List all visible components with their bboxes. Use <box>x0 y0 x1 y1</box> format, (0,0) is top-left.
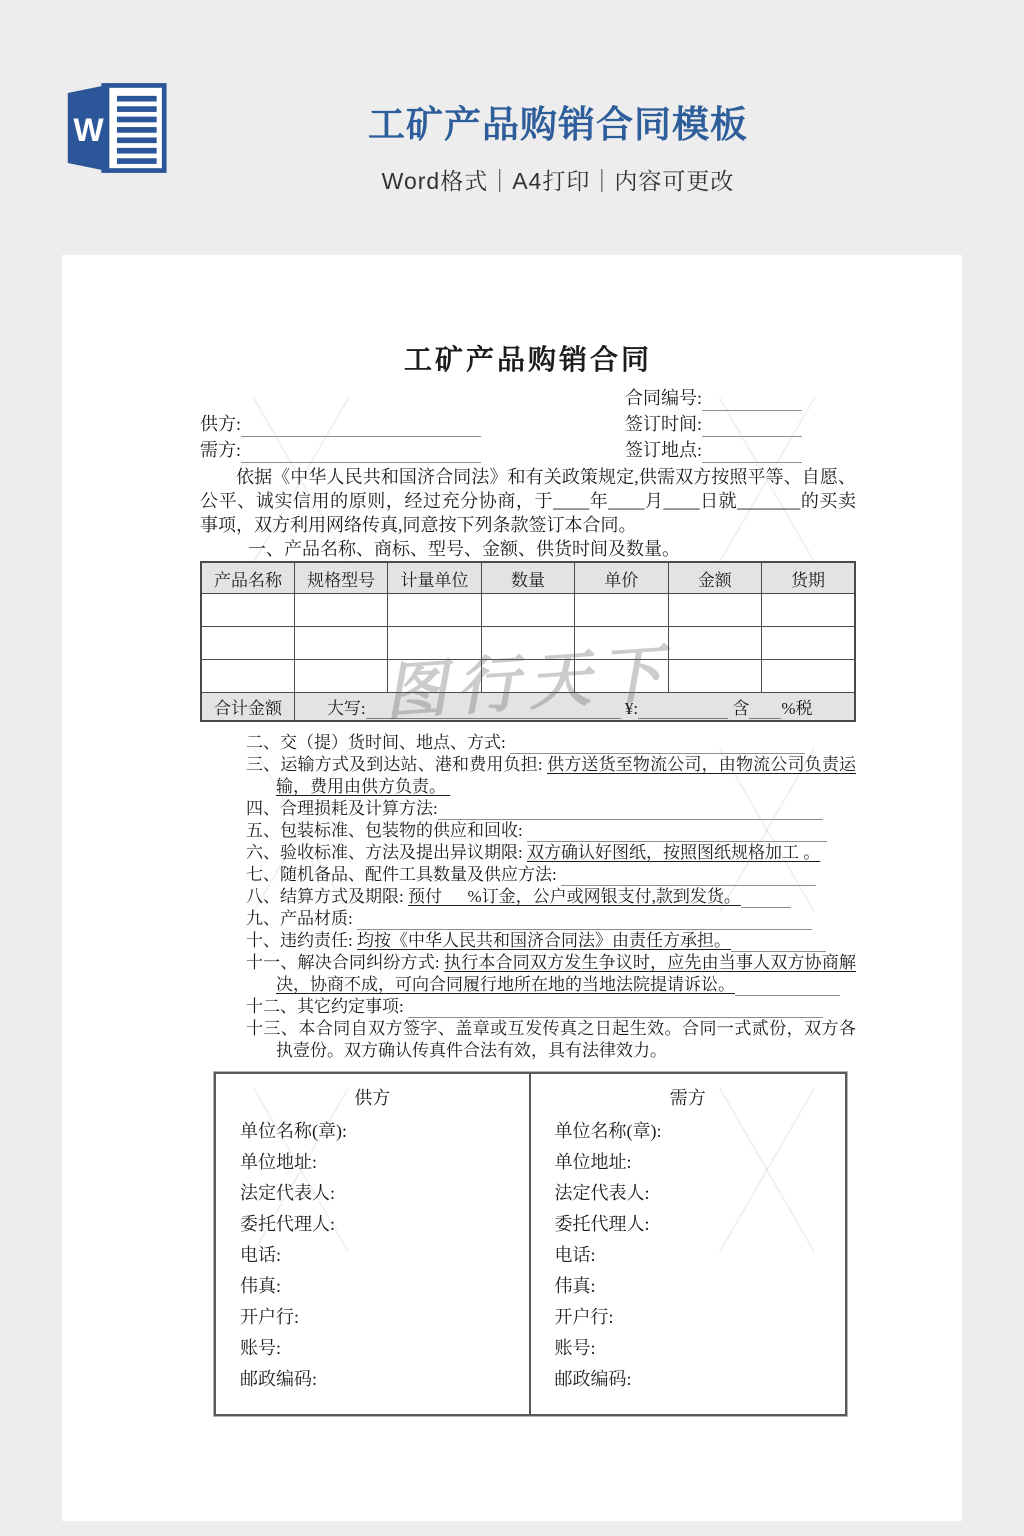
party-field-label: 单位地址: <box>240 1147 529 1178</box>
clause-item: 十一、解决合同纠纷方式: 执行本合同双方发生争议时，应先由当事人双方协商解决，协… <box>246 952 856 996</box>
empty-cell <box>762 627 855 660</box>
party-field-label: 开户行: <box>240 1302 529 1333</box>
party-field-label: 法定代表人: <box>555 1178 846 1209</box>
party-field-label: 单位名称(章): <box>240 1116 529 1147</box>
column-header: 单价 <box>575 562 668 594</box>
brand-block: 工矿产品购销合同模板 Word格式｜A4打印｜内容可更改 <box>0 94 1024 196</box>
blank-line <box>438 801 823 819</box>
clause-number: 七、 <box>246 865 280 884</box>
template-subtitle: Word格式｜A4打印｜内容可更改 <box>92 163 1024 196</box>
clause-text: 双方确认好图纸，按照图纸规格加工 。 <box>527 843 820 862</box>
clause-item: 七、随机备品、配件工具数量及供应方法: <box>246 864 856 886</box>
blank-line <box>731 933 826 951</box>
sign-time-label: 签订时间: <box>625 414 702 434</box>
blank-line <box>702 444 802 463</box>
empty-cell <box>201 660 294 693</box>
clause-number: 十一、 <box>246 953 298 972</box>
empty-cell <box>575 660 668 693</box>
clause-text: 随机备品、配件工具数量及供应方法: <box>280 865 561 884</box>
empty-cell <box>388 660 481 693</box>
clause-item: 四、合理损耗及计算方法: <box>246 798 856 820</box>
contract-meta: 合同编号: 供方: 签订时间: 需方: 签订地点: <box>200 385 856 463</box>
party-field-label: 电话: <box>555 1240 846 1271</box>
blank-line <box>638 700 728 718</box>
party-field-label: 委托代理人: <box>240 1209 529 1240</box>
clause-text: 运输方式及到达站、港和费用负担: <box>280 755 547 774</box>
column-header: 产品名称 <box>201 562 294 594</box>
contract-intro: 依据《中华人民共和国济合同法》和有关政策规定,供需双方按照平等、自愿、公平、诚实… <box>200 465 856 537</box>
blank-line <box>702 392 802 411</box>
preview-header: W 工矿产品购销合同模板 Word格式｜A4打印｜内容可更改 <box>0 0 1024 255</box>
clause-item: 十三、本合同自双方签字、盖章或互发传真之日起生效。合同一式贰份，双方各执壹份。双… <box>246 1018 856 1062</box>
column-header: 计量单位 <box>388 562 481 594</box>
empty-cell <box>481 627 574 660</box>
clause-text: 结算方式及期限: <box>280 887 408 906</box>
empty-cell <box>294 594 387 627</box>
supplier-header: 供方 <box>216 1074 529 1108</box>
clause-text: 包装标准、包装物的供应和回收: <box>280 821 527 840</box>
empty-cell <box>762 660 855 693</box>
blank-line <box>408 999 823 1017</box>
empty-product-row <box>201 627 855 660</box>
clause-item: 十、违约责任: 均按《中华人民共和国济合同法》由责任方承担。 <box>246 930 856 952</box>
clause-item: 五、包装标准、包装物的供应和回收: <box>246 820 856 842</box>
blank-line <box>749 700 781 718</box>
clause-text: 验收标准、方法及提出异议期限: <box>280 843 527 862</box>
buyer-block: 需方 单位名称(章):单位地址:法定代表人:委托代理人:电话:伟真:开户行:账号… <box>531 1074 846 1414</box>
party-field-label: 单位地址: <box>555 1147 846 1178</box>
supplier-fields: 单位名称(章):单位地址:法定代表人:委托代理人:电话:伟真:开户行:账号:邮政… <box>216 1108 529 1395</box>
empty-cell <box>294 627 387 660</box>
party-field-label: 账号: <box>240 1333 529 1364</box>
clause-number: 十三、 <box>246 1019 298 1038</box>
parties-table: 供方 单位名称(章):单位地址:法定代表人:委托代理人:电话:伟真:开户行:账号… <box>214 1072 847 1416</box>
column-header: 货期 <box>762 562 855 594</box>
empty-cell <box>201 627 294 660</box>
blank-line <box>741 889 791 907</box>
clause-number: 八、 <box>246 887 280 906</box>
clause-number: 十、 <box>246 931 280 950</box>
column-header: 数量 <box>481 562 574 594</box>
clause-item: 八、结算方式及期限: 预付 %订金，公户或网银支付,款到发货。 <box>246 886 856 908</box>
buyer-header: 需方 <box>531 1074 846 1108</box>
contract-title: 工矿产品购销合同 <box>200 343 856 379</box>
total-value-cell: 大写: ¥: 含%税 <box>294 693 855 721</box>
party-field-label: 邮政编码: <box>240 1364 529 1395</box>
clause-number: 六、 <box>246 843 280 862</box>
contract-no-label: 合同编号: <box>625 388 702 408</box>
sign-place-label: 签订地点: <box>625 440 702 460</box>
tax-prefix: 含 <box>732 699 749 718</box>
section-one-heading: 一、产品名称、商标、型号、金额、供货时间及数量。 <box>248 537 856 561</box>
clause-text: 违约责任: <box>280 931 357 950</box>
clause-text: 其它约定事项: <box>297 997 408 1016</box>
buyer-fields: 单位名称(章):单位地址:法定代表人:委托代理人:电话:伟真:开户行:账号:邮政… <box>531 1108 846 1395</box>
empty-cell <box>575 594 668 627</box>
column-header: 规格型号 <box>294 562 387 594</box>
blank-line <box>735 977 840 995</box>
party-field-label: 伟真: <box>555 1271 846 1302</box>
empty-cell <box>668 594 761 627</box>
blank-line <box>241 444 481 463</box>
column-header: 金额 <box>668 562 761 594</box>
blank-line <box>357 911 812 929</box>
document-page: 图行天下 工矿产品购销合同 合同编号: 供方: 签订时间: 需方: 签订地点: <box>62 255 962 1521</box>
clause-item: 六、验收标准、方法及提出异议期限: 双方确认好图纸，按照图纸规格加工 。 <box>246 842 856 864</box>
clause-text: 产品材质: <box>280 909 357 928</box>
supplier-block: 供方 单位名称(章):单位地址:法定代表人:委托代理人:电话:伟真:开户行:账号… <box>216 1074 531 1414</box>
product-table-header-row: 产品名称规格型号计量单位数量单价金额货期 <box>201 562 855 594</box>
empty-cell <box>388 627 481 660</box>
party-field-label: 邮政编码: <box>555 1364 846 1395</box>
party-field-label: 电话: <box>240 1240 529 1271</box>
yen-label: ¥: <box>625 699 638 718</box>
empty-cell <box>668 627 761 660</box>
page-root: { "page_bg": "#ededed", "brand_color": "… <box>0 0 1024 1536</box>
total-row: 合计金额 大写: ¥: 含%税 <box>201 693 855 721</box>
clause-number: 四、 <box>246 799 280 818</box>
clauses: 二、交（提）货时间、地点、方式: 三、运输方式及到达站、港和费用负担: 供方送货… <box>246 732 856 1062</box>
amount-words-label: 大写: <box>327 699 366 718</box>
buyer-label: 需方: <box>200 440 241 460</box>
clause-text: 均按《中华人民共和国济合同法》由责任方承担。 <box>357 931 731 950</box>
product-table-body <box>201 594 855 693</box>
document-content: 工矿产品购销合同 合同编号: 供方: 签订时间: 需方: 签订地点: 依据《中华… <box>62 255 962 1416</box>
empty-product-row <box>201 594 855 627</box>
party-field-label: 单位名称(章): <box>555 1116 846 1147</box>
clause-text: 合理损耗及计算方法: <box>280 799 438 818</box>
clause-item: 十二、其它约定事项: <box>246 996 856 1018</box>
empty-cell <box>668 660 761 693</box>
clause-number: 九、 <box>246 909 280 928</box>
clause-text: 解决合同纠纷方式: <box>298 953 445 972</box>
blank-line <box>241 418 481 437</box>
tax-suffix: %税 <box>781 699 812 718</box>
clause-number: 二、 <box>246 733 280 752</box>
empty-cell <box>481 660 574 693</box>
clause-text: 交（提）货时间、地点、方式: <box>280 733 510 752</box>
empty-cell <box>294 660 387 693</box>
empty-cell <box>481 594 574 627</box>
blank-line <box>366 700 621 718</box>
empty-cell <box>388 594 481 627</box>
clause-item: 二、交（提）货时间、地点、方式: <box>246 732 856 754</box>
total-label: 合计金额 <box>201 693 294 721</box>
clause-item: 三、运输方式及到达站、港和费用负担: 供方送货至物流公司，由物流公司负责运输，费… <box>246 754 856 798</box>
clause-number: 十二、 <box>246 997 297 1016</box>
empty-product-row <box>201 660 855 693</box>
clause-item: 九、产品材质: <box>246 908 856 930</box>
product-table: 产品名称规格型号计量单位数量单价金额货期 合计金额 大写: ¥: 含%税 <box>200 561 856 722</box>
party-field-label: 开户行: <box>555 1302 846 1333</box>
party-field-label: 委托代理人: <box>555 1209 846 1240</box>
clause-text: 预付 %订金，公户或网银支付,款到发货。 <box>408 887 741 906</box>
party-field-label: 法定代表人: <box>240 1178 529 1209</box>
empty-cell <box>201 594 294 627</box>
empty-cell <box>575 627 668 660</box>
blank-line <box>510 735 805 753</box>
clause-number: 五、 <box>246 821 280 840</box>
clause-text: 本合同自双方签字、盖章或互发传真之日起生效。合同一式贰份，双方各执壹份。双方确认… <box>276 1019 856 1060</box>
empty-cell <box>762 594 855 627</box>
party-field-label: 伟真: <box>240 1271 529 1302</box>
blank-line <box>527 823 827 841</box>
supplier-label: 供方: <box>200 414 241 434</box>
clause-number: 三、 <box>246 755 280 774</box>
blank-line <box>561 867 816 885</box>
party-field-label: 账号: <box>555 1333 846 1364</box>
blank-line <box>702 418 802 437</box>
template-title: 工矿产品购销合同模板 <box>92 94 1024 148</box>
